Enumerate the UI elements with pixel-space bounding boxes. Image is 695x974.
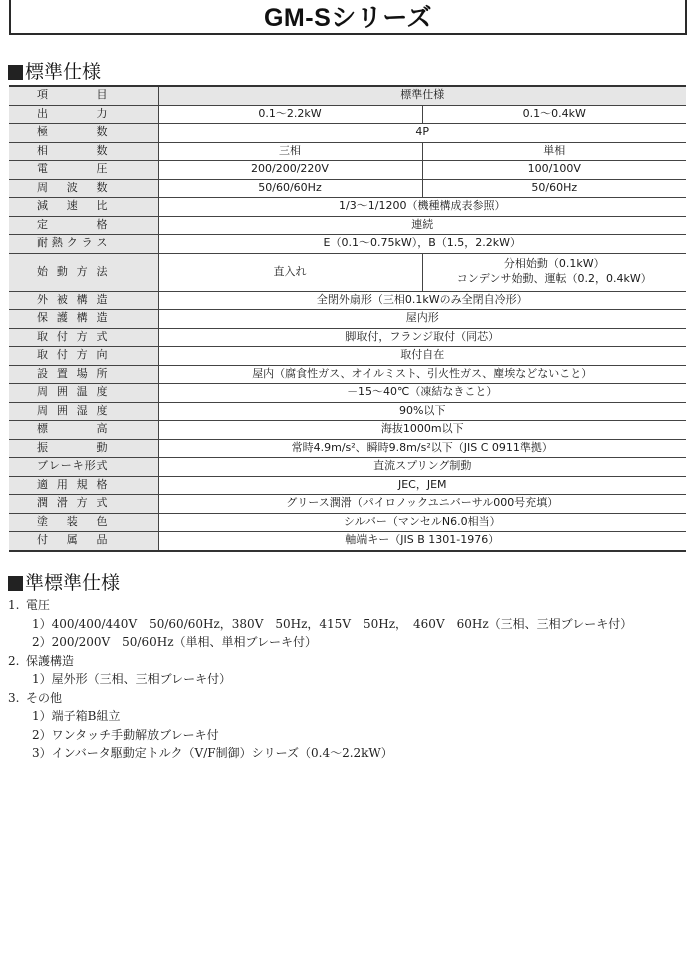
row-label: 外被構造 — [37, 294, 108, 307]
table-row: 周波数50/60/60Hz50/60Hz — [9, 179, 686, 198]
row-label-cell: 耐熱クラス — [9, 235, 158, 254]
table-row: 外被構造全閉外扇形（三相0.1kWのみ全閉自冷形） — [9, 291, 686, 310]
table-row: 保護構造屋内形 — [9, 310, 686, 329]
row-label-cell: 相数 — [9, 142, 158, 161]
row-label-cell: 設置場所 — [9, 365, 158, 384]
table-row: 耐熱クラスE（0.1～0.75kW），B（1.5，2.2kW） — [9, 235, 686, 254]
row-label: 耐熱クラス — [37, 237, 108, 250]
row-value-cell: 屋内形 — [158, 310, 686, 329]
row-label: 保護構造 — [37, 312, 108, 325]
list-item: 2）200/200V 50/60Hz（単相、単相ブレーキ付） — [8, 633, 632, 652]
row-value-cell: 90%以下 — [158, 402, 686, 421]
row-label-cell: 取付方向 — [9, 347, 158, 366]
row-value-three-phase: 三相 — [158, 142, 422, 161]
table-row: 相数三相単相 — [9, 142, 686, 161]
table-row: 周囲温度－15～40℃（凍結なきこと） — [9, 384, 686, 403]
row-label-cell: 出力 — [9, 105, 158, 124]
row-label: 周囲温度 — [37, 386, 108, 399]
row-label: 極数 — [37, 126, 108, 139]
row-value-single-phase: 単相 — [422, 142, 686, 161]
row-value-cell: E（0.1～0.75kW），B（1.5，2.2kW） — [158, 235, 686, 254]
list-item: 3）インバータ駆動定トルク（V/F制御）シリーズ（0.4～2.2kW） — [8, 744, 632, 763]
row-value-single-phase: 0.1～0.4kW — [422, 105, 686, 124]
row-label-cell: 取付方式 — [9, 328, 158, 347]
table-row: 減速比1/3～1/1200（機種構成表参照） — [9, 198, 686, 217]
row-label-cell: 保護構造 — [9, 310, 158, 329]
row-label: 取付方向 — [37, 349, 108, 362]
black-square-icon — [8, 65, 23, 80]
row-label: 取付方式 — [37, 331, 108, 344]
table-row: 振動常時4.9m/s²、瞬時9.8m/s²以下（JIS C 0911準拠） — [9, 439, 686, 458]
table-row: 出力0.1～2.2kW0.1～0.4kW — [9, 105, 686, 124]
row-value-three-phase: 直入れ — [158, 253, 422, 291]
table-header-row: 項目標準仕様 — [9, 86, 686, 105]
row-label-cell: 振動 — [9, 439, 158, 458]
standard-spec-table: 項目標準仕様出力0.1～2.2kW0.1～0.4kW極数4P相数三相単相電圧20… — [9, 85, 686, 552]
row-value-cell: 脚取付，フランジ取付（同芯） — [158, 328, 686, 347]
row-label: 設置場所 — [37, 368, 108, 381]
table-row: 標高海抜1000m以下 — [9, 421, 686, 440]
table-row: 取付方向取付自在 — [9, 347, 686, 366]
row-label-cell: 周囲温度 — [9, 384, 158, 403]
list-item: 1）屋外形（三相、三相ブレーキ付） — [8, 670, 632, 689]
header-item-cell: 項目 — [9, 86, 158, 105]
row-value-cell: 軸端キー（JIS B 1301-1976） — [158, 532, 686, 551]
row-value-single-phase: 50/60Hz — [422, 179, 686, 198]
row-label: 始動方法 — [37, 266, 108, 279]
standard-spec-heading-text: 標準仕様 — [25, 63, 101, 82]
row-label: 周囲湿度 — [37, 405, 108, 418]
list-item: 2）ワンタッチ手動解放ブレーキ付 — [8, 726, 632, 745]
standard-spec-heading: 標準仕様 — [8, 63, 101, 82]
row-label: 相数 — [37, 145, 108, 158]
list-item: 1）端子箱B組立 — [8, 707, 632, 726]
table-row: 始動方法直入れ分相始動（0.1kW）コンデンサ始動、運転（0.2，0.4kW） — [9, 253, 686, 291]
value-line: コンデンサ始動、運転（0.2，0.4kW） — [423, 272, 687, 287]
semi-standard-spec-heading: 準標準仕様 — [8, 574, 120, 593]
semi-standard-spec-heading-text: 準標準仕様 — [25, 574, 120, 593]
row-label-cell: 外被構造 — [9, 291, 158, 310]
row-label: 潤滑方式 — [37, 497, 108, 510]
header-item-label: 項目 — [37, 89, 108, 102]
row-label-cell: 電圧 — [9, 161, 158, 180]
list-group-title: 3.その他 — [8, 689, 632, 708]
row-label: 定格 — [37, 219, 108, 232]
list-item: 1）400/400/440V 50/60/60Hz，380V 50Hz，415V… — [8, 615, 632, 634]
row-label: 振動 — [37, 442, 108, 455]
row-label: 適用規格 — [37, 479, 108, 492]
row-value-cell: 海抜1000m以下 — [158, 421, 686, 440]
value-line: 分相始動（0.1kW） — [423, 257, 687, 272]
row-label: 出力 — [37, 108, 108, 121]
row-label-cell: 極数 — [9, 124, 158, 143]
table-row: 設置場所屋内（腐食性ガス、オイルミスト、引火性ガス、塵埃などないこと） — [9, 365, 686, 384]
row-value-cell: 1/3～1/1200（機種構成表参照） — [158, 198, 686, 217]
table-row: 塗装色シルバー（マンセルN6.0相当） — [9, 513, 686, 532]
row-label: 電圧 — [37, 163, 108, 176]
row-label: 周波数 — [37, 182, 108, 195]
row-value-cell: 屋内（腐食性ガス、オイルミスト、引火性ガス、塵埃などないこと） — [158, 365, 686, 384]
row-label-cell: 標高 — [9, 421, 158, 440]
row-value-single-phase: 100/100V — [422, 161, 686, 180]
series-title: GM-Sシリーズ — [264, 0, 432, 34]
table-row: 電圧200/200/220V100/100V — [9, 161, 686, 180]
table-row: 極数4P — [9, 124, 686, 143]
row-value-three-phase: 200/200/220V — [158, 161, 422, 180]
header-spec-cell: 標準仕様 — [158, 86, 686, 105]
row-value-cell: 直流スプリング制動 — [158, 458, 686, 477]
row-label: ブレーキ形式 — [37, 460, 108, 473]
row-value-cell: 取付自在 — [158, 347, 686, 366]
row-value-three-phase: 0.1～2.2kW — [158, 105, 422, 124]
row-label-cell: 定格 — [9, 216, 158, 235]
row-value-cell: JEC，JEM — [158, 476, 686, 495]
table-row: 適用規格JEC，JEM — [9, 476, 686, 495]
row-label-cell: ブレーキ形式 — [9, 458, 158, 477]
row-label-cell: 適用規格 — [9, 476, 158, 495]
list-group-title: 1.電圧 — [8, 596, 632, 615]
black-square-icon — [8, 576, 23, 591]
row-value-cell: グリース潤滑（パイロノックユニバーサル000号充填） — [158, 495, 686, 514]
table-row: 取付方式脚取付，フランジ取付（同芯） — [9, 328, 686, 347]
table-row: 付属品軸端キー（JIS B 1301-1976） — [9, 532, 686, 551]
row-value-cell: シルバー（マンセルN6.0相当） — [158, 513, 686, 532]
row-value-cell: 4P — [158, 124, 686, 143]
series-title-box: GM-Sシリーズ — [9, 0, 687, 35]
table-row: 周囲湿度90%以下 — [9, 402, 686, 421]
row-label-cell: 付属品 — [9, 532, 158, 551]
row-value-single-phase: 分相始動（0.1kW）コンデンサ始動、運転（0.2，0.4kW） — [422, 253, 686, 291]
row-label: 付属品 — [37, 534, 108, 547]
row-label-cell: 始動方法 — [9, 253, 158, 291]
table-row: 潤滑方式グリース潤滑（パイロノックユニバーサル000号充填） — [9, 495, 686, 514]
list-group-title: 2.保護構造 — [8, 652, 632, 671]
row-value-cell: 常時4.9m/s²、瞬時9.8m/s²以下（JIS C 0911準拠） — [158, 439, 686, 458]
table-row: 定格連続 — [9, 216, 686, 235]
row-label-cell: 減速比 — [9, 198, 158, 217]
table-row: ブレーキ形式直流スプリング制動 — [9, 458, 686, 477]
row-label: 標高 — [37, 423, 108, 436]
row-value-cell: 全閉外扇形（三相0.1kWのみ全閉自冷形） — [158, 291, 686, 310]
row-label-cell: 塗装色 — [9, 513, 158, 532]
row-label: 塗装色 — [37, 516, 108, 529]
row-label: 減速比 — [37, 200, 108, 213]
row-label-cell: 周波数 — [9, 179, 158, 198]
row-label-cell: 潤滑方式 — [9, 495, 158, 514]
row-value-three-phase: 50/60/60Hz — [158, 179, 422, 198]
semi-standard-spec-list: 1.電圧1）400/400/440V 50/60/60Hz，380V 50Hz，… — [8, 596, 632, 763]
row-value-cell: 連続 — [158, 216, 686, 235]
row-label-cell: 周囲湿度 — [9, 402, 158, 421]
row-value-cell: －15～40℃（凍結なきこと） — [158, 384, 686, 403]
